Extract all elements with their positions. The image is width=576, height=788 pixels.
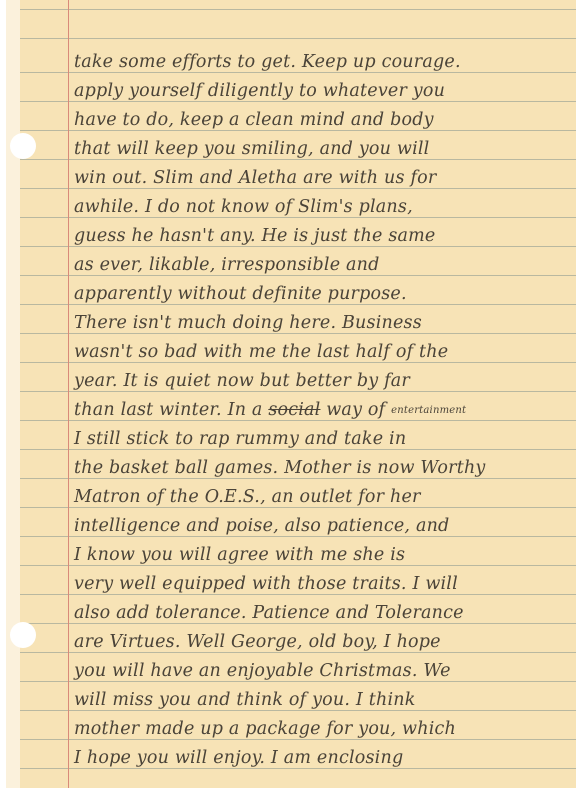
text-line: I hope you will enjoy. I am enclosing <box>74 744 576 773</box>
text-line: Matron of the O.E.S., an outlet for her <box>74 483 576 512</box>
text-line: are Virtues. Well George, old boy, I hop… <box>74 628 576 657</box>
handwritten-text: take some efforts to get. Keep up courag… <box>74 48 576 773</box>
text-line: I know you will agree with me she is <box>74 541 576 570</box>
text-line: There isn't much doing here. Business <box>74 309 576 338</box>
punch-hole-top <box>10 133 36 159</box>
text-segment: than last winter. In a <box>74 400 263 420</box>
inserted-word: entertainment <box>391 405 466 416</box>
text-line: awhile. I do not know of Slim's plans, <box>74 193 576 222</box>
text-segment: way of <box>326 400 385 420</box>
text-line: apparently without definite purpose. <box>74 280 576 309</box>
text-line: that will keep you smiling, and you will <box>74 135 576 164</box>
text-line: very well equipped with those traits. I … <box>74 570 576 599</box>
text-line: will miss you and think of you. I think <box>74 686 576 715</box>
text-line: win out. Slim and Aletha are with us for <box>74 164 576 193</box>
text-line: mother made up a package for you, which <box>74 715 576 744</box>
text-line: take some efforts to get. Keep up courag… <box>74 48 576 77</box>
text-line: guess he hasn't any. He is just the same <box>74 222 576 251</box>
struck-word: social <box>268 400 320 420</box>
torn-paper-edge <box>6 0 20 788</box>
text-line: also add tolerance. Patience and Toleran… <box>74 599 576 628</box>
text-line: apply yourself diligently to whatever yo… <box>74 77 576 106</box>
text-line: wasn't so bad with me the last half of t… <box>74 338 576 367</box>
text-line: the basket ball games. Mother is now Wor… <box>74 454 576 483</box>
red-margin-line <box>68 0 69 788</box>
text-line: intelligence and poise, also patience, a… <box>74 512 576 541</box>
text-line: year. It is quiet now but better by far <box>74 367 576 396</box>
text-line: you will have an enjoyable Christmas. We <box>74 657 576 686</box>
text-line: as ever, likable, irresponsible and <box>74 251 576 280</box>
text-line-with-correction: than last winter. In a social way of ent… <box>74 396 576 425</box>
punch-hole-bottom <box>10 622 36 648</box>
text-line: have to do, keep a clean mind and body <box>74 106 576 135</box>
text-line: I still stick to rap rummy and take in <box>74 425 576 454</box>
letter-paper: take some efforts to get. Keep up courag… <box>6 0 576 788</box>
